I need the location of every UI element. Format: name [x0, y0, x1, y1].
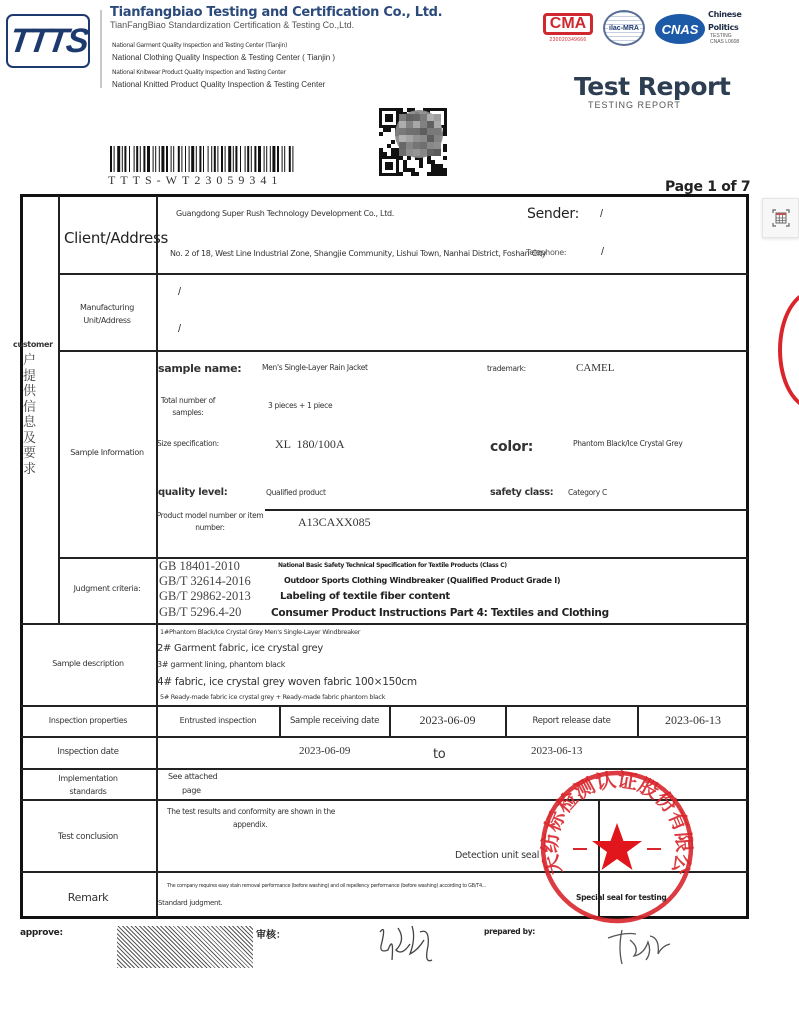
telephone-label: Telephone:	[526, 248, 566, 257]
judgment-description: Consumer Product Instructions Part 4: Te…	[271, 607, 609, 619]
sample-name-label: sample name:	[158, 362, 241, 375]
table-view-button[interactable]	[762, 198, 799, 238]
inspection-date-to-word: to	[433, 747, 445, 762]
reviewer-signature	[372, 920, 442, 970]
grid-line	[58, 273, 748, 275]
side-label-en: customer	[13, 340, 53, 349]
sender-label: Sender:	[527, 206, 579, 222]
preparer-signature	[600, 924, 680, 968]
company-subtitle: TianFangBiao Standardization Certificati…	[110, 20, 354, 30]
special-seal-label: Special seal for testing	[576, 893, 666, 902]
color-label: color:	[490, 439, 533, 455]
review-label: 审核：	[256, 926, 286, 941]
client-company: Guangdong Super Rush Technology Developm…	[176, 209, 394, 218]
center-line-4: National Knitted Product Quality Inspect…	[112, 80, 325, 89]
report-release-label: Report release date	[507, 716, 636, 726]
remark-label: Remark	[24, 891, 152, 904]
cma-mark: CMA	[543, 13, 593, 35]
page-indicator: Page 1 of 7	[665, 179, 750, 195]
judgment-code: GB 18401-2010	[159, 559, 240, 574]
judgment-code: GB/T 29862-2013	[159, 589, 251, 604]
judgment-code: GB/T 32614-2016	[159, 574, 251, 589]
sample-description-line: 5# Ready-made fabric ice crystal grey + …	[160, 693, 385, 701]
judgment-code: GB/T 5296.4-20	[159, 605, 241, 620]
svg-text:天纺标检测认证股份有限公司: 天纺标检测认证股份有限公司	[537, 767, 697, 878]
total-samples-value: 3 pieces + 1 piece	[268, 401, 332, 410]
sample-receiving-date: 2023-06-09	[391, 713, 504, 728]
sample-description-line: 1#Phantom Black/Ice Crystal Grey Men's S…	[160, 628, 360, 636]
grid-line	[21, 736, 748, 738]
center-line-3: National Knitwear Product Quality Inspec…	[112, 69, 286, 76]
test-conclusion-text-2: appendix.	[233, 820, 267, 829]
qr-code	[379, 108, 447, 176]
cnas-caption: Politics	[708, 23, 739, 32]
center-line-1: National Garment Quality Inspection and …	[112, 42, 287, 49]
color-value: Phantom Black/Ice Crystal Grey	[573, 439, 682, 448]
center-line-2: National Clothing Quality Inspection & T…	[112, 53, 335, 62]
prepared-by-label: prepared by:	[484, 927, 535, 936]
report-release-date: 2023-06-13	[639, 713, 747, 728]
table-grid-icon	[772, 209, 790, 227]
grid-line	[21, 705, 748, 707]
grid-line	[21, 623, 748, 625]
trademark-value: CAMEL	[576, 362, 615, 374]
company-seal: 天纺标检测认证股份有限公司	[537, 767, 697, 927]
grid-line	[58, 196, 60, 624]
side-label-zh: 户提供信息及要求	[23, 352, 37, 476]
barcode-number: TTTS-WT23059341	[108, 173, 282, 188]
trademark-label: trademark:	[487, 364, 526, 373]
report-subtitle: TESTING REPORT	[588, 100, 681, 110]
inspection-properties-value: Entrusted inspection	[158, 716, 278, 725]
cnas-caption: Chinese	[708, 10, 742, 19]
inspection-date-from: 2023-06-09	[299, 745, 350, 757]
inspection-properties-label: Inspection properties	[24, 716, 152, 725]
barcode	[110, 146, 296, 172]
sender-value: /	[600, 208, 603, 220]
sample-description-line: 2# Garment fabric, ice crystal grey	[157, 643, 323, 654]
judgment-criteria-label: Judgment criteria:	[62, 584, 152, 593]
telephone-value: /	[601, 246, 604, 258]
judgment-description: Labeling of textile fiber content	[280, 591, 450, 602]
manufacturer-value-1: /	[178, 286, 181, 298]
quality-level-label: quality level:	[158, 487, 227, 498]
size-spec-value: XL 180/100A	[275, 437, 345, 452]
implementation-value-2: page	[182, 786, 201, 795]
model-number-label: Product model number or item number:	[155, 510, 265, 534]
company-seal-partial	[778, 290, 799, 410]
company-logo: TTTS	[6, 14, 90, 68]
sample-description-line: 4# fabric, ice crystal grey woven fabric…	[157, 676, 417, 688]
safety-class-label: safety class:	[490, 487, 553, 498]
detection-unit-seal-label: Detection unit seal	[455, 850, 539, 861]
test-conclusion-label: Test conclusion	[24, 832, 152, 842]
total-samples-label: Total number of samples:	[157, 395, 219, 419]
model-number-value: A13CAXX085	[298, 515, 371, 530]
implementation-standards-label: Implementation standards	[40, 772, 136, 798]
cma-number: 230020349666	[543, 37, 593, 43]
cma-logo: CMA 230020349666	[543, 13, 593, 45]
manufacturer-label: Manufacturing Unit/Address	[62, 301, 152, 327]
header-divider	[100, 10, 102, 88]
test-conclusion-text: The test results and conformity are show…	[167, 807, 335, 816]
judgment-description: Outdoor Sports Clothing Windbreaker (Qua…	[284, 576, 560, 585]
sample-info-label: Sample Information	[62, 448, 152, 457]
inspection-date-label: Inspection date	[24, 747, 152, 757]
sample-name-value: Men's Single-Layer Rain Jacket	[262, 363, 368, 372]
client-address: No. 2 of 18, West Line Industrial Zone, …	[170, 249, 546, 258]
size-spec-label: Size specification:	[157, 439, 219, 448]
grid-line	[58, 350, 748, 352]
implementation-value: See attached	[168, 772, 217, 781]
inspection-date-to: 2023-06-13	[531, 745, 582, 757]
approve-label: approve:	[20, 928, 63, 938]
company-title: Tianfangbiao Testing and Certification C…	[110, 5, 442, 20]
cnas-logo: CNAS	[655, 14, 705, 44]
remark-text: The company requires easy stain removal …	[167, 883, 486, 889]
sample-description-label: Sample description	[24, 659, 152, 668]
safety-class-value: Category C	[568, 488, 607, 497]
manufacturer-value-2: /	[178, 323, 181, 335]
grid-line	[265, 509, 748, 511]
logo-text: TTTS	[7, 22, 89, 61]
sample-receiving-label: Sample receiving date	[281, 716, 388, 726]
approver-signature-redacted	[117, 926, 253, 968]
cnas-caption: CNAS L0608	[710, 39, 739, 45]
quality-level-value: Qualified product	[266, 488, 326, 497]
sample-description-line: 3# garment lining, phantom black	[157, 660, 285, 669]
report-title: Test Report	[574, 72, 730, 101]
judgment-description: National Basic Safety Technical Specific…	[278, 562, 507, 569]
client-address-label: Client/Address	[64, 229, 168, 247]
ilac-mra-logo: ilac-MRA	[603, 10, 645, 46]
remark-text-2: Standard judgment.	[158, 899, 222, 907]
